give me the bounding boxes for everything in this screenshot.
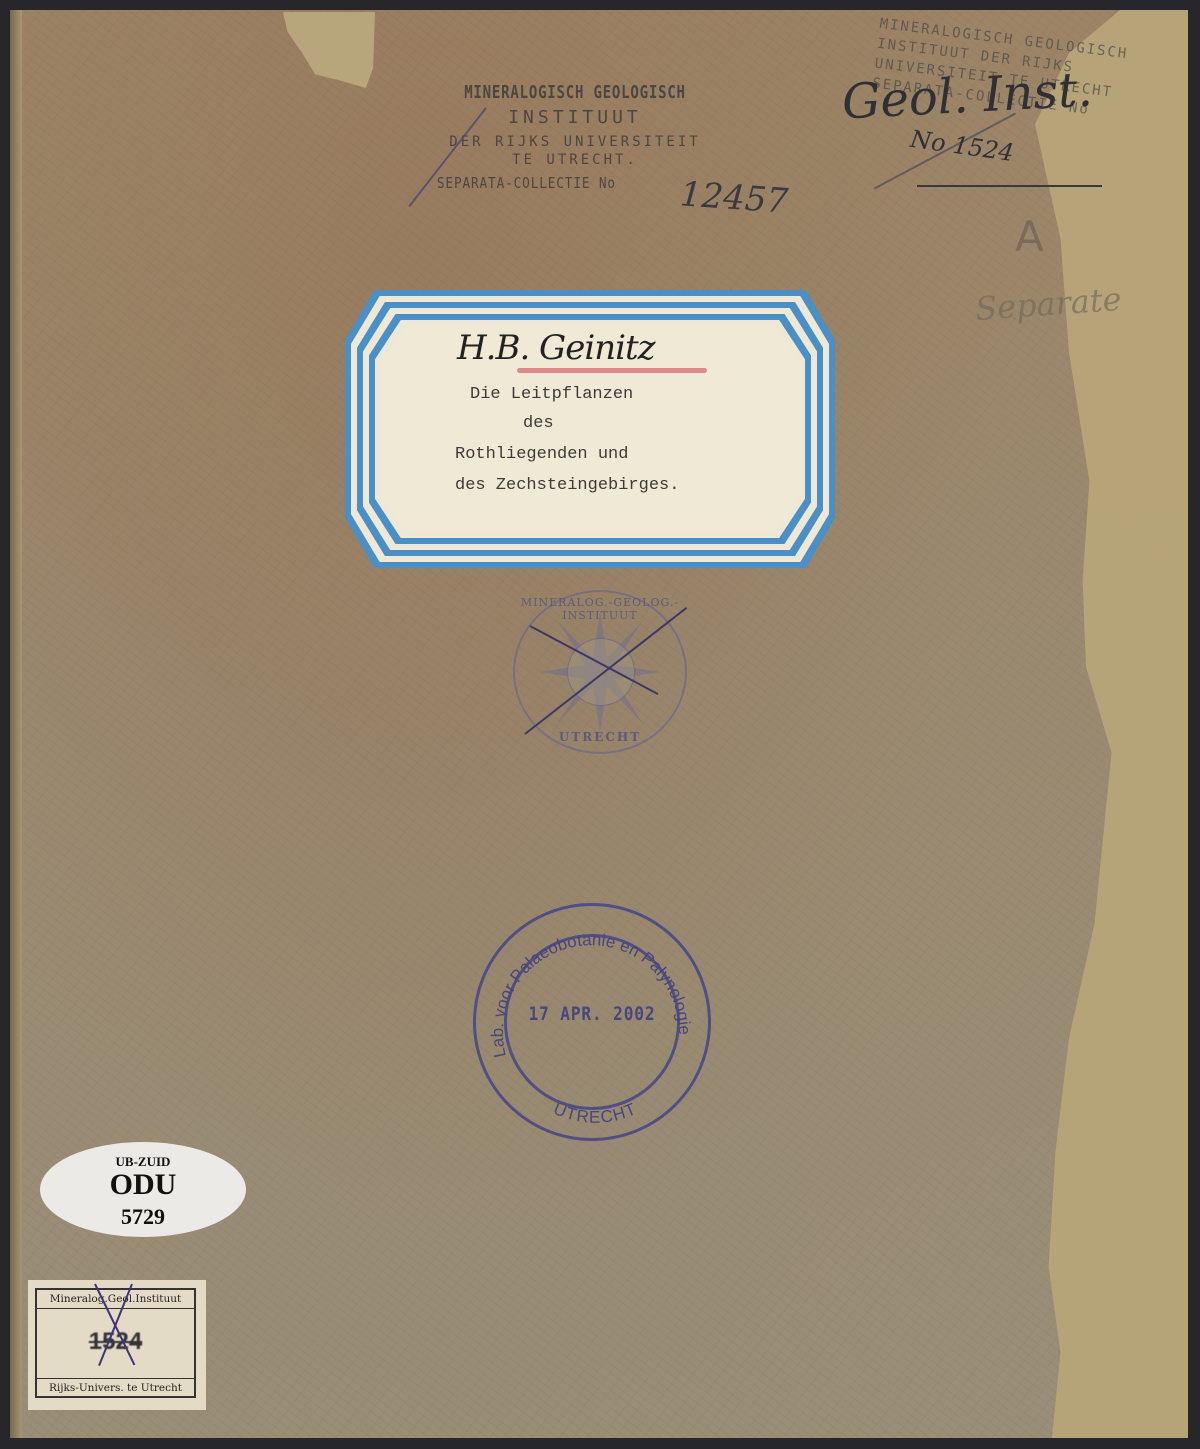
label-frame: Mineralog.Geol.Instituut 1524 Rijks-Univ…: [35, 1288, 196, 1398]
stamp-line-3: DER RIJKS UNIVERSITEIT: [425, 134, 725, 150]
stamp-date: 17 APR. 2002: [493, 1003, 690, 1025]
stamp-line-1: MINERALOGISCH GEOLOGISCH: [458, 82, 692, 103]
author-signature: H.B. Geinitz: [457, 328, 655, 368]
sticker-line-3: 5729: [40, 1204, 246, 1230]
label-top-text: Mineralog.Geol.Instituut: [37, 1293, 194, 1309]
institute-stamp: MINERALOGISCH GEOLOGISCH INSTITUUT DER R…: [425, 82, 725, 192]
collection-number: 12457: [679, 174, 790, 221]
title-line-1: Die Leitpflanzen: [470, 385, 633, 404]
label-bottom-text: Rijks-Univers. te Utrecht: [37, 1378, 194, 1394]
label-number: 1524: [37, 1328, 194, 1356]
city-text: UTRECHT: [551, 1099, 640, 1127]
seal-top-text: MINERALOG.-GEOLOG.-INSTITUUT: [515, 596, 685, 622]
old-institute-label: Mineralog.Geol.Instituut 1524 Rijks-Univ…: [28, 1280, 206, 1410]
svg-text:UTRECHT: UTRECHT: [551, 1099, 640, 1127]
stamp-line-5: SEPARATA-COLLECTIE No: [425, 174, 680, 192]
author-red-underline: [517, 368, 707, 373]
stamp-line-4: TE UTRECHT.: [425, 152, 725, 168]
ring-text: Lab. voor Palaeobotanie en Palynologie: [488, 930, 694, 1059]
title-line-3: Rothliegenden und: [455, 445, 628, 464]
library-sticker: UB-ZUID ODU 5729: [40, 1142, 246, 1237]
cover-left-edge: [10, 10, 22, 1438]
title-line-2: des: [523, 414, 554, 433]
svg-text:Lab. voor Palaeobotanie en Pal: Lab. voor Palaeobotanie en Palynologie: [488, 930, 694, 1059]
title-line-4: des Zechsteingebirges.: [455, 476, 679, 495]
sticker-line-2: ODU: [40, 1168, 246, 1202]
institute-seal: MINERALOG.-GEOLOG.-INSTITUUT UTRECHT: [513, 590, 687, 754]
underline-mark: [917, 185, 1102, 187]
pencil-mark-a: A: [1015, 212, 1044, 261]
seal-bottom-text: UTRECHT: [515, 730, 685, 744]
title-label: H.B. Geinitz Die Leitpflanzen des Rothli…: [345, 290, 835, 568]
date-stamp: Lab. voor Palaeobotanie en Palynologie U…: [473, 903, 711, 1141]
